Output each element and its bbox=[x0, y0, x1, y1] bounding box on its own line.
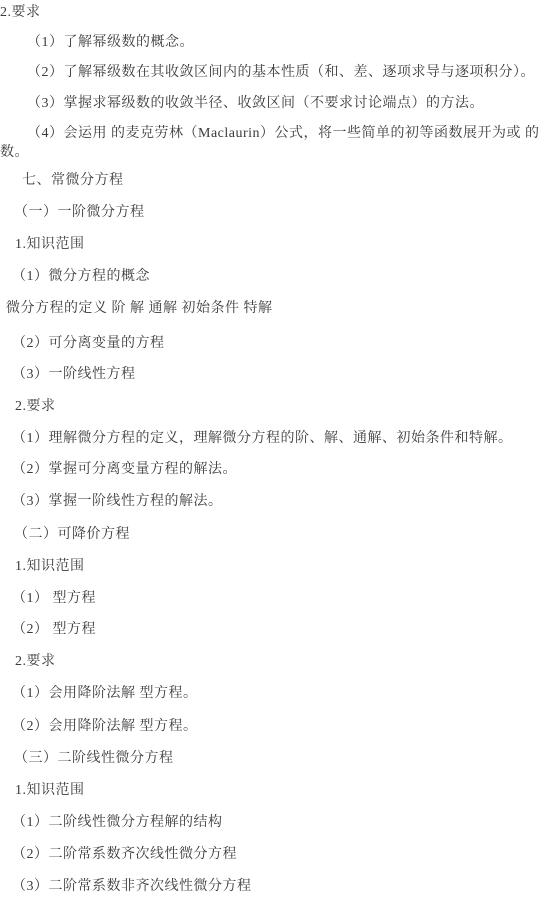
doc-line-item: （1）二阶线性微分方程解的结构 bbox=[0, 813, 223, 832]
doc-line-heading-scope: 1.知识范围 bbox=[0, 557, 85, 576]
doc-line-heading-scope: 1.知识范围 bbox=[0, 781, 85, 800]
doc-line-item: （1）会用降阶法解 型方程。 bbox=[0, 684, 198, 703]
doc-line-heading-scope: 1.知识范围 bbox=[0, 235, 85, 254]
doc-line-item: （3）二阶常系数非齐次线性微分方程 bbox=[0, 877, 252, 896]
doc-line-item: （1）微分方程的概念 bbox=[0, 267, 150, 286]
doc-line-item: （2）可分离变量的方程 bbox=[0, 334, 165, 353]
doc-line-heading-requirements: 2.要求 bbox=[0, 3, 41, 22]
document-page: 2.要求 （1）了解幂级数的概念。 （2）了解幂级数在其收敛区间内的基本性质（和… bbox=[0, 0, 540, 913]
doc-line-item: （2）了解幂级数在其收敛区间内的基本性质（和、差、逐项求导与逐项积分）。 bbox=[0, 63, 535, 82]
doc-line-heading-requirements: 2.要求 bbox=[0, 397, 56, 416]
doc-line-body: 微分方程的定义 阶 解 通解 初始条件 特解 bbox=[0, 299, 273, 318]
doc-line-chapter-heading: 七、常微分方程 bbox=[0, 171, 124, 190]
doc-line-section-heading: （二）可降价方程 bbox=[0, 525, 130, 544]
doc-line-heading-requirements: 2.要求 bbox=[0, 652, 56, 671]
doc-line-item: （2）会用降阶法解 型方程。 bbox=[0, 717, 198, 736]
doc-line-item-wrap: 数。 bbox=[0, 143, 29, 162]
doc-line-item: （1）了解幂级数的概念。 bbox=[0, 33, 194, 52]
doc-line-section-heading: （三）二阶线性微分方程 bbox=[0, 749, 174, 768]
doc-line-section-heading: （一）一阶微分方程 bbox=[0, 203, 145, 222]
doc-line-item: （1）理解微分方程的定义，理解微分方程的阶、解、通解、初始条件和特解。 bbox=[0, 429, 513, 448]
doc-line-item: （2）掌握可分离变量方程的解法。 bbox=[0, 460, 237, 479]
doc-line-item: （2） 型方程 bbox=[0, 620, 96, 639]
doc-line-item: （4）会运用 的麦克劳林（Maclaurin）公式，将一些简单的初等函数展开为或… bbox=[0, 124, 540, 143]
doc-line-item: （2）二阶常系数齐次线性微分方程 bbox=[0, 845, 237, 864]
doc-line-item: （1） 型方程 bbox=[0, 589, 96, 608]
doc-line-item: （3）一阶线性方程 bbox=[0, 365, 136, 384]
doc-line-item: （3）掌握求幂级数的收敛半径、收敛区间（不要求讨论端点）的方法。 bbox=[0, 94, 484, 113]
doc-line-item: （3）掌握一阶线性方程的解法。 bbox=[0, 492, 223, 511]
